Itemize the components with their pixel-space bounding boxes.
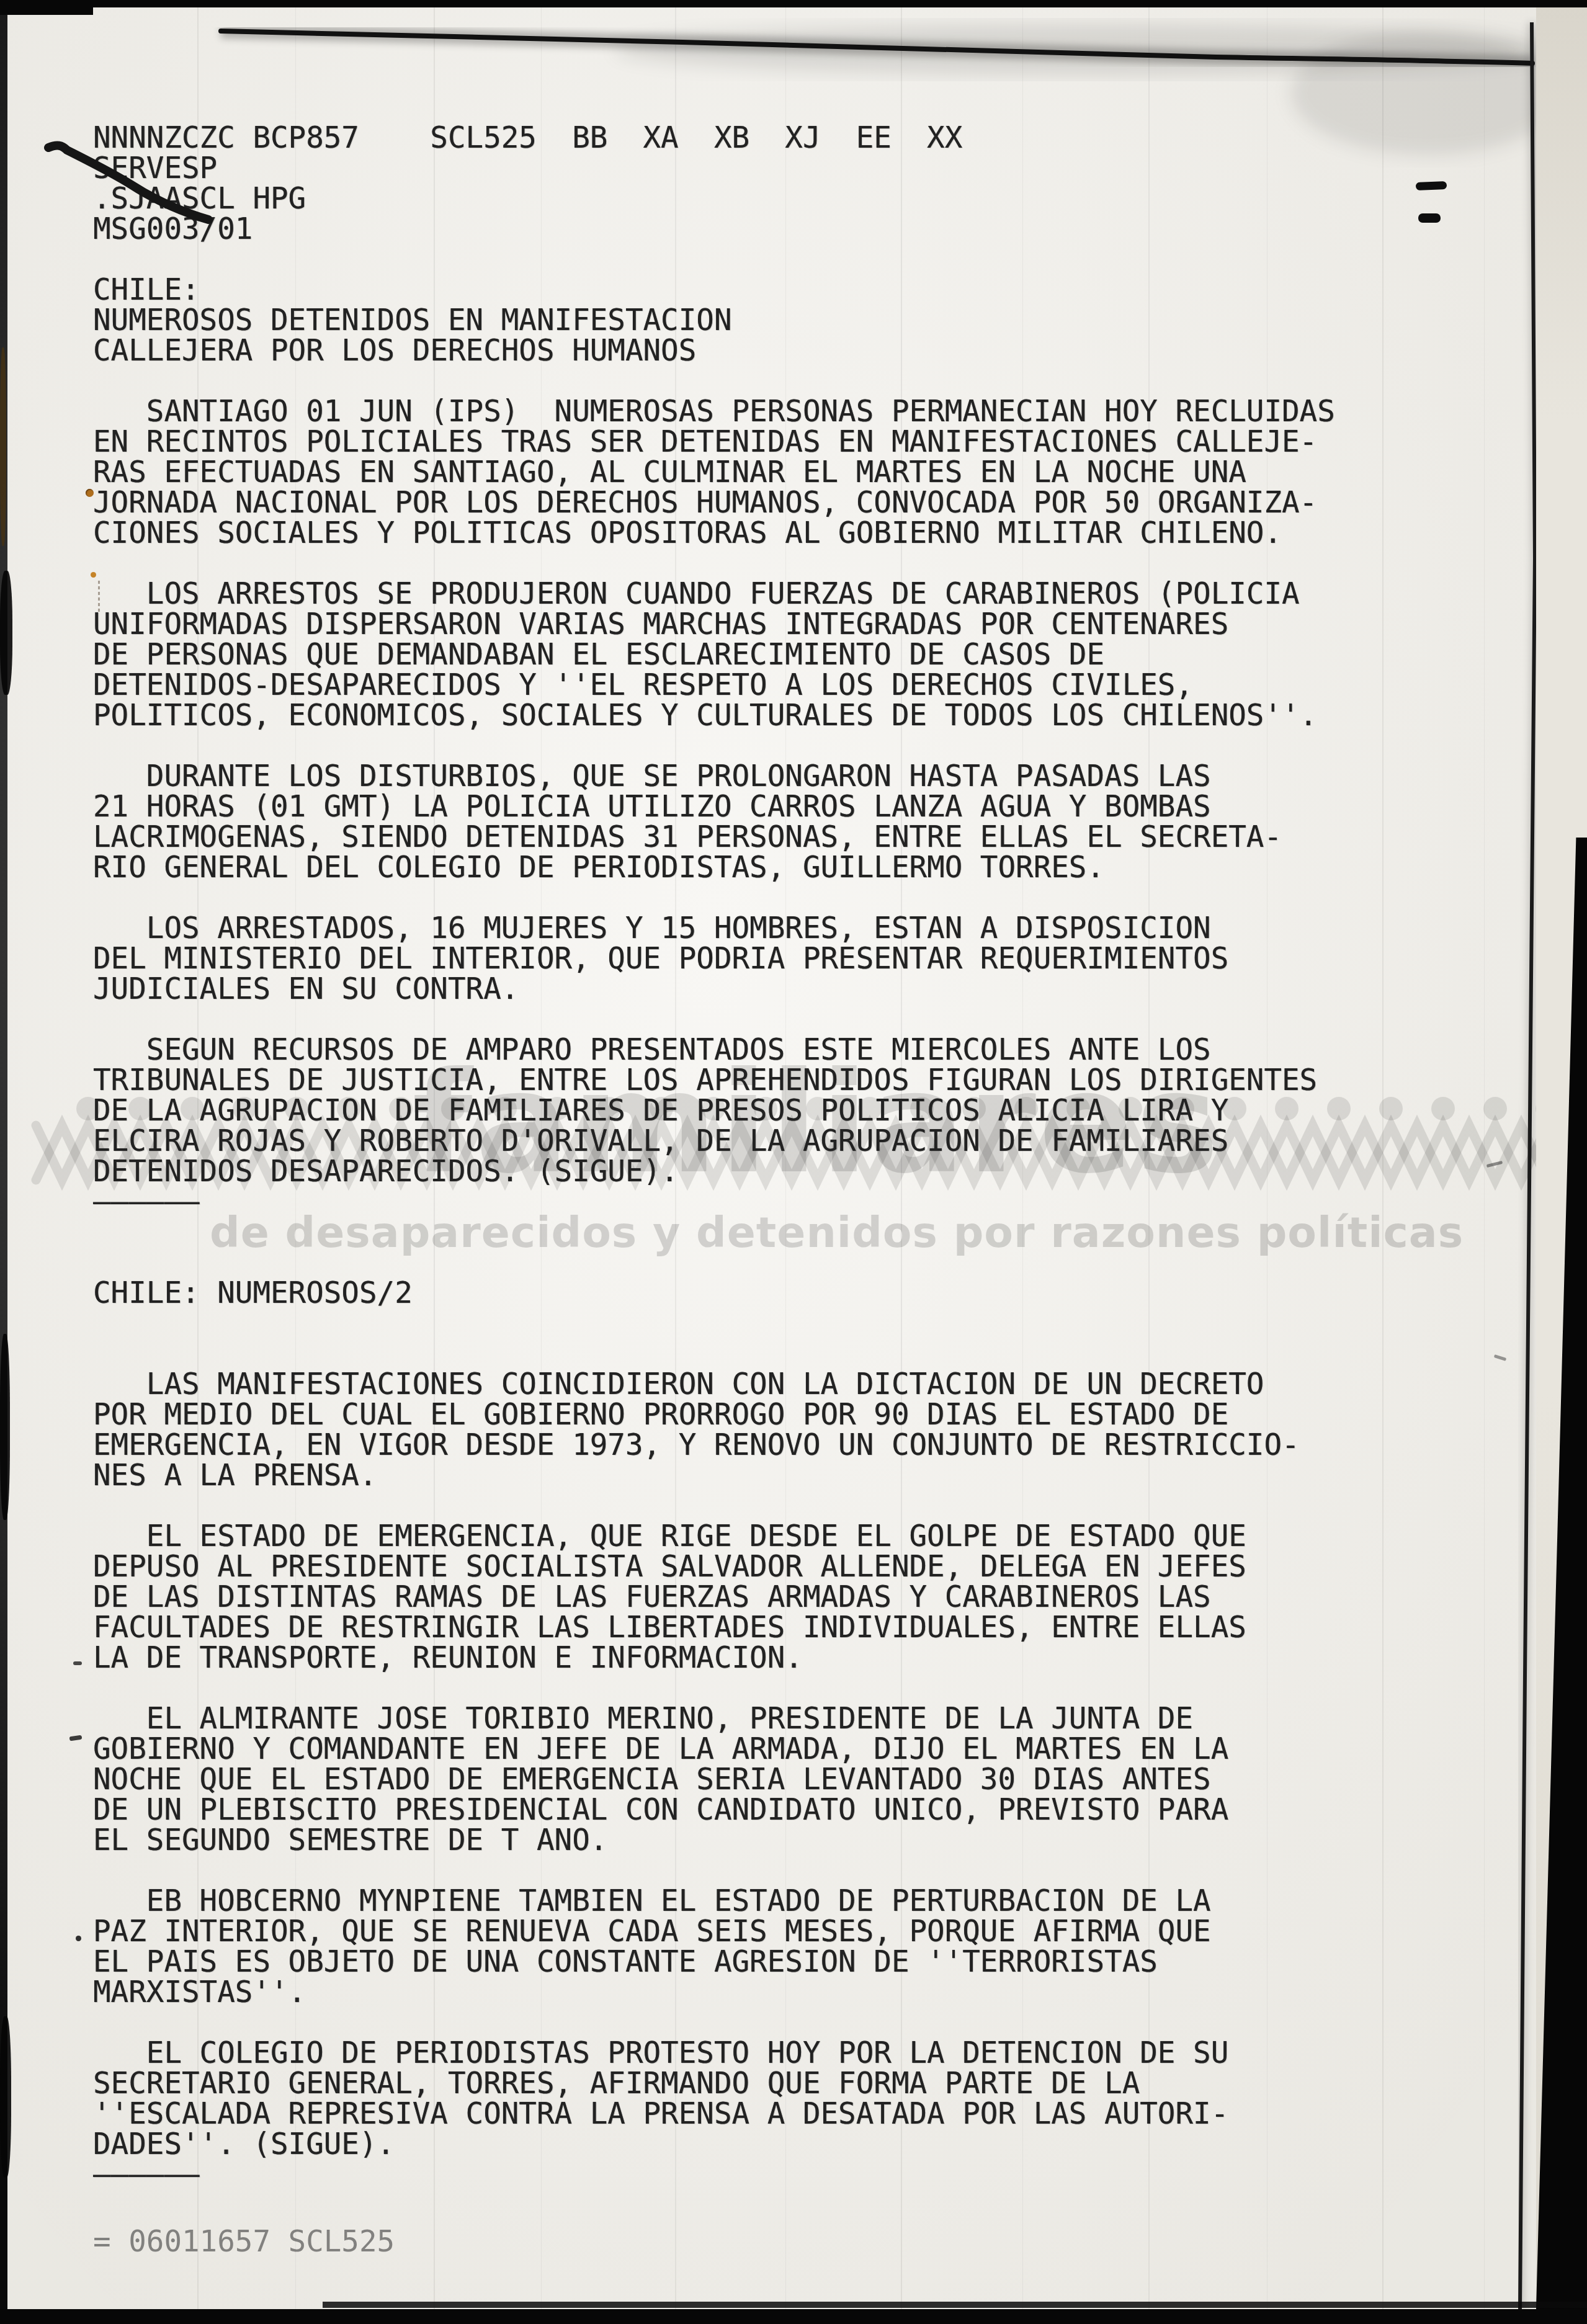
telex-footer-code: = 06011657 SCL525 (93, 2225, 395, 2259)
text-line: EB HOBCERNO MYNPIENE TAMBIEN EL ESTADO D… (93, 1886, 1335, 1916)
text-line: DE PERSONAS QUE DEMANDABAN EL ESCLARECIM… (93, 640, 1335, 670)
text-line: UNIFORMADAS DISPERSARON VARIAS MARCHAS I… (93, 609, 1335, 640)
text-line: JUDICIALES EN SU CONTRA. (93, 974, 1335, 1004)
text-line: POR MEDIO DEL CUAL EL GOBIERNO PRORROGO … (93, 1400, 1335, 1430)
text-line: EL ALMIRANTE JOSE TORIBIO MERINO, PRESID… (93, 1704, 1335, 1734)
text-line: SEGUN RECURSOS DE AMPARO PRESENTADOS EST… (93, 1035, 1335, 1065)
text-line: LOS ARRESTOS SE PRODUJERON CUANDO FUERZA… (93, 579, 1335, 609)
text-line: NUMEROSOS DETENIDOS EN MANIFESTACION (93, 305, 1335, 336)
scan-edge-bottom (0, 2309, 1587, 2324)
text-line: LAS MANIFESTACIONES COINCIDIERON CON LA … (93, 1369, 1335, 1400)
text-line (93, 548, 1335, 579)
text-line (93, 1673, 1335, 1704)
text-line (93, 1856, 1335, 1886)
text-line: CHILE: (93, 275, 1335, 305)
text-line: RIO GENERAL DEL COLEGIO DE PERIODISTAS, … (93, 852, 1335, 883)
rust-dot-left-margin-1 (86, 489, 94, 497)
text-line: NNNNZCZC BCP857 SCL525 BB XA XB XJ EE XX (93, 123, 1335, 153)
text-line: DETENIDOS DESAPARECIDOS. (SIGUE). (93, 1156, 1335, 1187)
text-line: DE LAS DISTINTAS RAMAS DE LAS FUERZAS AR… (93, 1582, 1335, 1612)
text-line: CIONES SOCIALES Y POLITICAS OPOSITORAS A… (93, 518, 1335, 548)
text-line: NES A LA PRENSA. (93, 1460, 1335, 1491)
text-line: DADES''. (SIGUE). (93, 2129, 1335, 2160)
text-line: DE UN PLEBISCITO PRESIDENCIAL CON CANDID… (93, 1795, 1335, 1825)
text-line: NOCHE QUE EL ESTADO DE EMERGENCIA SERIA … (93, 1764, 1335, 1795)
text-line (93, 1217, 1335, 1248)
text-line: POLITICOS, ECONOMICOS, SOCIALES Y CULTUR… (93, 700, 1335, 731)
scan-edge-top-left (0, 0, 93, 15)
text-line: ''ESCALADA REPRESIVA CONTRA LA PRENSA A … (93, 2099, 1335, 2129)
text-line: —————— (93, 1187, 1335, 1217)
margin-dot-paz-line (76, 1936, 81, 1941)
scan-blob-left-1 (0, 571, 12, 695)
text-line: LACRIMOGENAS, SIENDO DETENIDAS 31 PERSON… (93, 822, 1335, 852)
text-line: EL SEGUNDO SEMESTRE DE T ANO. (93, 1825, 1335, 1856)
text-line (93, 1491, 1335, 1521)
telex-body-text: NNNNZCZC BCP857 SCL525 BB XA XB XJ EE XX… (93, 123, 1335, 2190)
text-line: .SJAASCL HPG (93, 184, 1335, 214)
text-line: CHILE: NUMEROSOS/2 (93, 1278, 1335, 1308)
text-line: DEL MINISTERIO DEL INTERIOR, QUE PODRIA … (93, 944, 1335, 974)
text-line: EMERGENCIA, EN VIGOR DESDE 1973, Y RENOV… (93, 1430, 1335, 1460)
text-line: EN RECINTOS POLICIALES TRAS SER DETENIDA… (93, 427, 1335, 457)
text-line (93, 366, 1335, 396)
text-line: RAS EFECTUADAS EN SANTIAGO, AL CULMINAR … (93, 457, 1335, 488)
ink-dash-right-margin-2 (1418, 213, 1441, 223)
text-line: SECRETARIO GENERAL, TORRES, AFIRMANDO QU… (93, 2068, 1335, 2099)
scan-edge-bottom-line (323, 2302, 1587, 2308)
text-line (93, 1339, 1335, 1369)
text-line (93, 1248, 1335, 1278)
text-line: JORNADA NACIONAL POR LOS DERECHOS HUMANO… (93, 488, 1335, 518)
text-line: PAZ INTERIOR, QUE SE RENUEVA CADA SEIS M… (93, 1916, 1335, 1947)
text-line: SANTIAGO 01 JUN (IPS) NUMEROSAS PERSONAS… (93, 396, 1335, 427)
text-line (93, 2008, 1335, 2038)
text-line: EL COLEGIO DE PERIODISTAS PROTESTO HOY P… (93, 2038, 1335, 2068)
text-line: DEPUSO AL PRESIDENTE SOCIALISTA SALVADOR… (93, 1552, 1335, 1582)
scan-blob-left-sepia (0, 347, 6, 546)
text-line: ELCIRA ROJAS Y ROBERTO D'ORIVALL, DE LA … (93, 1126, 1335, 1156)
text-line (93, 1004, 1335, 1035)
text-line: LOS ARRESTADOS, 16 MUJERES Y 15 HOMBRES,… (93, 913, 1335, 944)
scan-edge-top (0, 0, 1587, 7)
text-line: DE LA AGRUPACION DE FAMILIARES DE PRESOS… (93, 1096, 1335, 1126)
text-line: 21 HORAS (01 GMT) LA POLICIA UTILIZO CAR… (93, 792, 1335, 822)
margin-dash-transporte-line (73, 1661, 82, 1665)
scanned-telex-page: familiares de desaparecidos y detenidos … (0, 0, 1587, 2324)
text-line (93, 731, 1335, 761)
rust-dot-left-margin-2 (91, 572, 96, 578)
scan-blob-left-3 (0, 2016, 11, 2178)
text-line: FACULTADES DE RESTRINGIR LAS LIBERTADES … (93, 1612, 1335, 1643)
scan-blob-left-2 (0, 1334, 10, 1520)
text-line (93, 244, 1335, 275)
text-line: MSG003/01 (93, 214, 1335, 244)
text-line: SERVESP (93, 153, 1335, 184)
text-line: DURANTE LOS DISTURBIOS, QUE SE PROLONGAR… (93, 761, 1335, 792)
text-line (93, 1308, 1335, 1339)
text-line: EL PAIS ES OBJETO DE UNA CONSTANTE AGRES… (93, 1947, 1335, 1977)
text-line: EL ESTADO DE EMERGENCIA, QUE RIGE DESDE … (93, 1521, 1335, 1552)
left-margin-streak (98, 581, 100, 614)
text-line: LA DE TRANSPORTE, REUNION E INFORMACION. (93, 1643, 1335, 1673)
text-line: GOBIERNO Y COMANDANTE EN JEFE DE LA ARMA… (93, 1734, 1335, 1764)
text-line: CALLEJERA POR LOS DERECHOS HUMANOS (93, 336, 1335, 366)
text-line: TRIBUNALES DE JUSTICIA, ENTRE LOS APREHE… (93, 1065, 1335, 1096)
text-line (93, 883, 1335, 913)
text-line: DETENIDOS-DESAPARECIDOS Y ''EL RESPETO A… (93, 670, 1335, 700)
text-line: —————— (93, 2160, 1335, 2190)
text-line: MARXISTAS''. (93, 1977, 1335, 2008)
ink-dash-right-margin-1 (1416, 181, 1447, 190)
